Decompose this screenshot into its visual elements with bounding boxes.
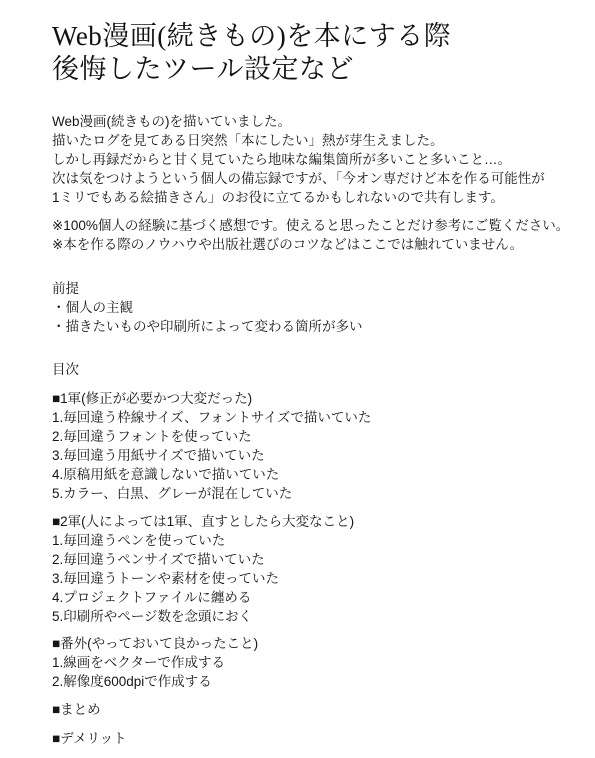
section-item: 5.印刷所やページ数を念頭におく: [52, 607, 555, 626]
section-item: 4.プロジェクトファイルに纏める: [52, 588, 555, 607]
intro-line: 1ミリでもある絵描きさん」のお役に立てるかもしれないので共有します。: [52, 188, 555, 207]
disclaimer-notes: ※100%個人の経験に基づく感想です。使えると思ったことだけ参考にご覧ください。…: [52, 216, 555, 254]
page-title-line-1: Web漫画(続きもの)を本にする際: [52, 20, 555, 53]
disclaimer-note: ※本を作る際のノウハウや出版社選びのコツなどはここでは触れていません。: [52, 235, 555, 254]
disclaimer-note: ※100%個人の経験に基づく感想です。使えると思ったことだけ参考にご覧ください。: [52, 216, 555, 235]
section-item: 1.毎回違う枠線サイズ、フォントサイズで描いていた: [52, 408, 555, 427]
section-item: 3.毎回違うトーンや素材を使っていた: [52, 569, 555, 588]
section-item: 2.解像度600dpiで作成する: [52, 672, 555, 691]
section-heading: ■1軍(修正が必要かつ大変だった): [52, 389, 555, 408]
section-item: 5.カラー、白黒、グレーが混在していた: [52, 484, 555, 503]
toc-heading: 目次: [52, 360, 555, 379]
premise-heading: 前提: [52, 279, 555, 298]
section-item: 1.毎回違うペンを使っていた: [52, 531, 555, 550]
section-heading: ■まとめ: [52, 700, 555, 719]
intro-line: Web漫画(続きもの)を描いていました。: [52, 112, 555, 131]
section-group-5: ■デメリット: [52, 729, 555, 748]
section-group-3: ■番外(やっておいて良かったこと) 1.線画をベクターで作成する 2.解像度60…: [52, 634, 555, 691]
toc-heading-label: 目次: [52, 360, 555, 379]
section-item: 2.毎回違うペンサイズで描いていた: [52, 550, 555, 569]
section-item: 2.毎回違うフォントを使っていた: [52, 427, 555, 446]
section-item: 4.原稿用紙を意識しないで描いていた: [52, 465, 555, 484]
premise-item: ・描きたいものや印刷所によって変わる箇所が多い: [52, 317, 555, 336]
section-item: 1.線画をベクターで作成する: [52, 653, 555, 672]
page-title-line-2: 後悔したツール設定など: [52, 53, 555, 86]
section-heading: ■2軍(人によっては1軍、直すとしたら大変なこと): [52, 512, 555, 531]
document-page: Web漫画(続きもの)を本にする際 後悔したツール設定など Web漫画(続きもの…: [0, 0, 595, 758]
section-heading: ■デメリット: [52, 729, 555, 748]
page-title: Web漫画(続きもの)を本にする際 後悔したツール設定など: [52, 20, 555, 86]
intro-line: しかし再録だからと甘く見ていたら地味な編集箇所が多いこと多いこと…。: [52, 150, 555, 169]
section-group-4: ■まとめ: [52, 700, 555, 719]
section-group-2: ■2軍(人によっては1軍、直すとしたら大変なこと) 1.毎回違うペンを使っていた…: [52, 512, 555, 626]
intro-line: 次は気をつけようという個人の備忘録ですが、「今オン専だけど本を作る可能性が: [52, 169, 555, 188]
section-heading: ■番外(やっておいて良かったこと): [52, 634, 555, 653]
premise-item: ・個人の主観: [52, 298, 555, 317]
intro-paragraph: Web漫画(続きもの)を描いていました。 描いたログを見てある日突然「本にしたい…: [52, 112, 555, 207]
premise-section: 前提 ・個人の主観 ・描きたいものや印刷所によって変わる箇所が多い: [52, 279, 555, 336]
section-item: 3.毎回違う用紙サイズで描いていた: [52, 446, 555, 465]
intro-line: 描いたログを見てある日突然「本にしたい」熱が芽生えました。: [52, 131, 555, 150]
section-group-1: ■1軍(修正が必要かつ大変だった) 1.毎回違う枠線サイズ、フォントサイズで描い…: [52, 389, 555, 503]
